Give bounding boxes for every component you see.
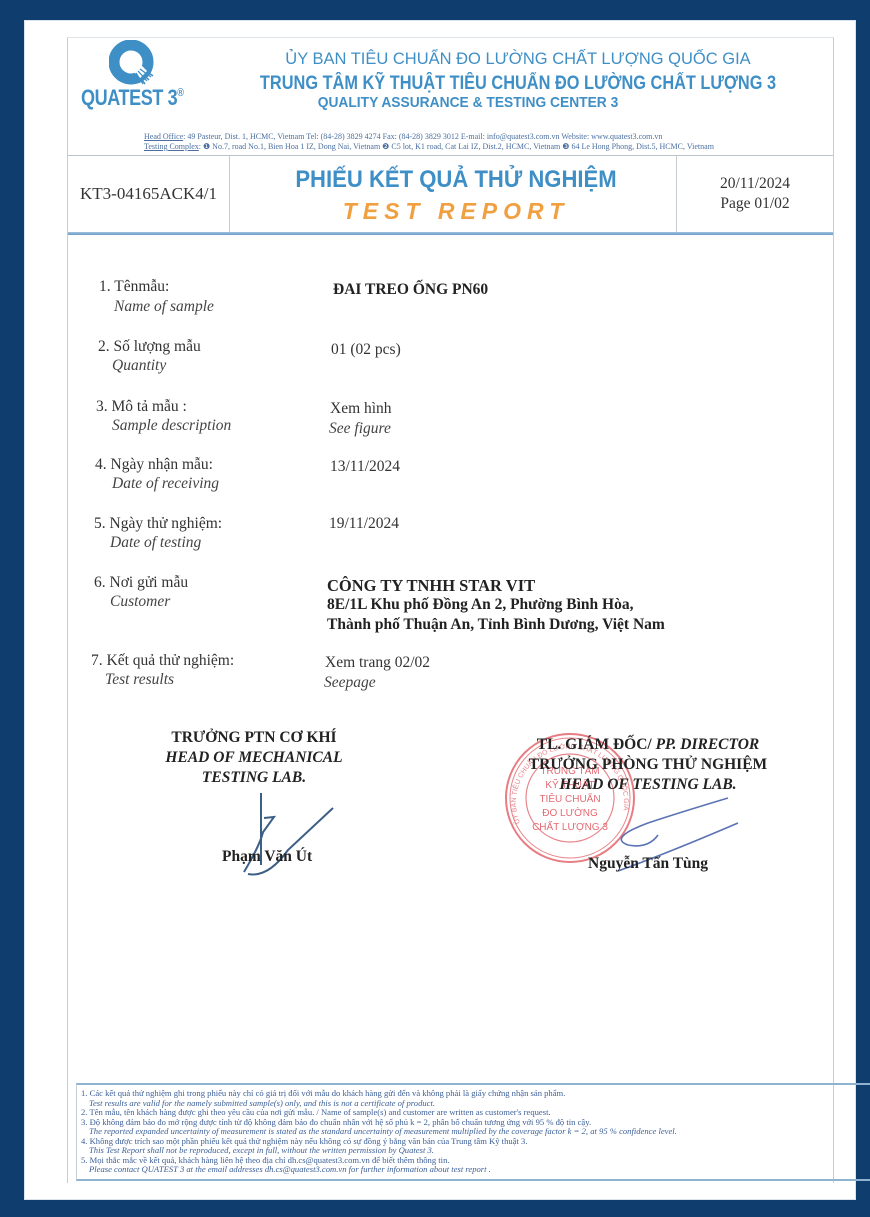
signer-title-en-2: TESTING LAB. (144, 768, 364, 788)
field-label: 4. Ngày nhận mẫu: (95, 456, 213, 474)
field-label-en: Date of receiving (112, 475, 219, 493)
customer-address-line1: 8E/1L Khu phố Đồng An 2, Phường Bình Hòa… (327, 596, 633, 614)
field-label-en: Test results (105, 671, 174, 689)
field-label: 5. Ngày thử nghiệm: (94, 515, 222, 533)
field-value: 01 (02 pcs) (331, 341, 401, 359)
field-label-en: Name of sample (114, 298, 214, 316)
signer-name-right: Nguyễn Tấn Tùng (588, 855, 708, 873)
field-value: Xem hình (330, 400, 392, 418)
footnote-5-en: Please contact QUATEST 3 at the email ad… (81, 1165, 870, 1175)
field-label: 6. Nơi gửi mẫu (94, 574, 188, 592)
field-value: 13/11/2024 (330, 458, 400, 476)
field-label: 1. Tênmẫu: (99, 278, 169, 296)
field-label-en: Customer (110, 593, 170, 611)
testing-complex-address: Testing Complex: ❶ No.7, road No.1, Bien… (144, 142, 834, 151)
title-divider (68, 232, 833, 235)
field-label: 2. Số lượng mẫu (98, 338, 201, 356)
field-label-en: Quantity (112, 357, 166, 375)
signer-name-left: Phạm Văn Út (222, 848, 312, 866)
title-band: KT3-04165ACK4/1 PHIẾU KẾT QUẢ THỬ NGHIỆM… (68, 156, 833, 234)
center-name-vn: TRUNG TÂM KỸ THUẬT TIÊU CHUẨN ĐO LƯỜNG C… (243, 73, 793, 95)
quatest-logo-icon (109, 40, 157, 88)
field-value-en: See figure (329, 420, 391, 438)
report-date-page: 20/11/2024 Page 01/02 (676, 156, 833, 232)
field-label: 3. Mô tả mẫu : (96, 398, 187, 416)
field-value: 19/11/2024 (329, 515, 399, 533)
customer-address-line2: Thành phố Thuận An, Tỉnh Bình Dương, Việ… (327, 616, 665, 634)
page-number: Page 01/02 (677, 194, 833, 214)
signature-block-left: TRƯỞNG PTN CƠ KHÍ HEAD OF MECHANICAL TES… (144, 728, 364, 788)
document-frame: QUATEST 3® ỦY BAN TIÊU CHUẨN ĐO LƯỜNG CH… (24, 20, 856, 1200)
head-lab-title-vn: TRƯỞNG PHÒNG THỬ NGHIỆM (498, 755, 798, 775)
signature-left-icon (208, 790, 348, 880)
report-title-vn: PHIẾU KẾT QUẢ THỬ NGHIỆM (254, 166, 659, 194)
logo-wordmark: QUATEST 3® (81, 85, 196, 111)
field-label-en: Date of testing (110, 534, 201, 552)
head-office-address: Head Office: 49 Pasteur, Dist. 1, HCMC, … (144, 132, 834, 141)
field-label: 7. Kết quả thử nghiệm: (91, 652, 234, 670)
report-date: 20/11/2024 (677, 174, 833, 194)
center-name-en: QUALITY ASSURANCE & TESTING CENTER 3 (210, 94, 725, 111)
report-title-en: TEST REPORT (236, 198, 676, 225)
director-title: TL. GIÁM ĐỐC/ PP. DIRECTOR (498, 735, 798, 755)
head-lab-title-en: HEAD OF TESTING LAB. (498, 775, 798, 795)
signer-title-vn: TRƯỞNG PTN CƠ KHÍ (144, 728, 364, 748)
field-label-en: Sample description (112, 417, 231, 435)
field-value: Xem trang 02/02 (325, 654, 430, 672)
quatest-logo: QUATEST 3® (81, 38, 201, 118)
committee-name: ỦY BAN TIÊU CHUẨN ĐO LƯỜNG CHẤT LƯỢNG QU… (198, 50, 838, 69)
field-value: ĐAI TREO ỐNG PN60 (333, 281, 488, 299)
footnotes: 1. Các kết quả thử nghiệm ghi trong phiế… (76, 1083, 870, 1181)
test-report-page: QUATEST 3® ỦY BAN TIÊU CHUẨN ĐO LƯỜNG CH… (67, 37, 834, 1183)
report-number: KT3-04165ACK4/1 (68, 156, 230, 232)
signer-title-en: HEAD OF MECHANICAL (144, 748, 364, 768)
signature-block-right: TL. GIÁM ĐỐC/ PP. DIRECTOR TRƯỞNG PHÒNG … (498, 735, 798, 795)
customer-name: CÔNG TY TNHH STAR VIT (327, 576, 535, 596)
field-value-en: Seepage (324, 674, 376, 692)
